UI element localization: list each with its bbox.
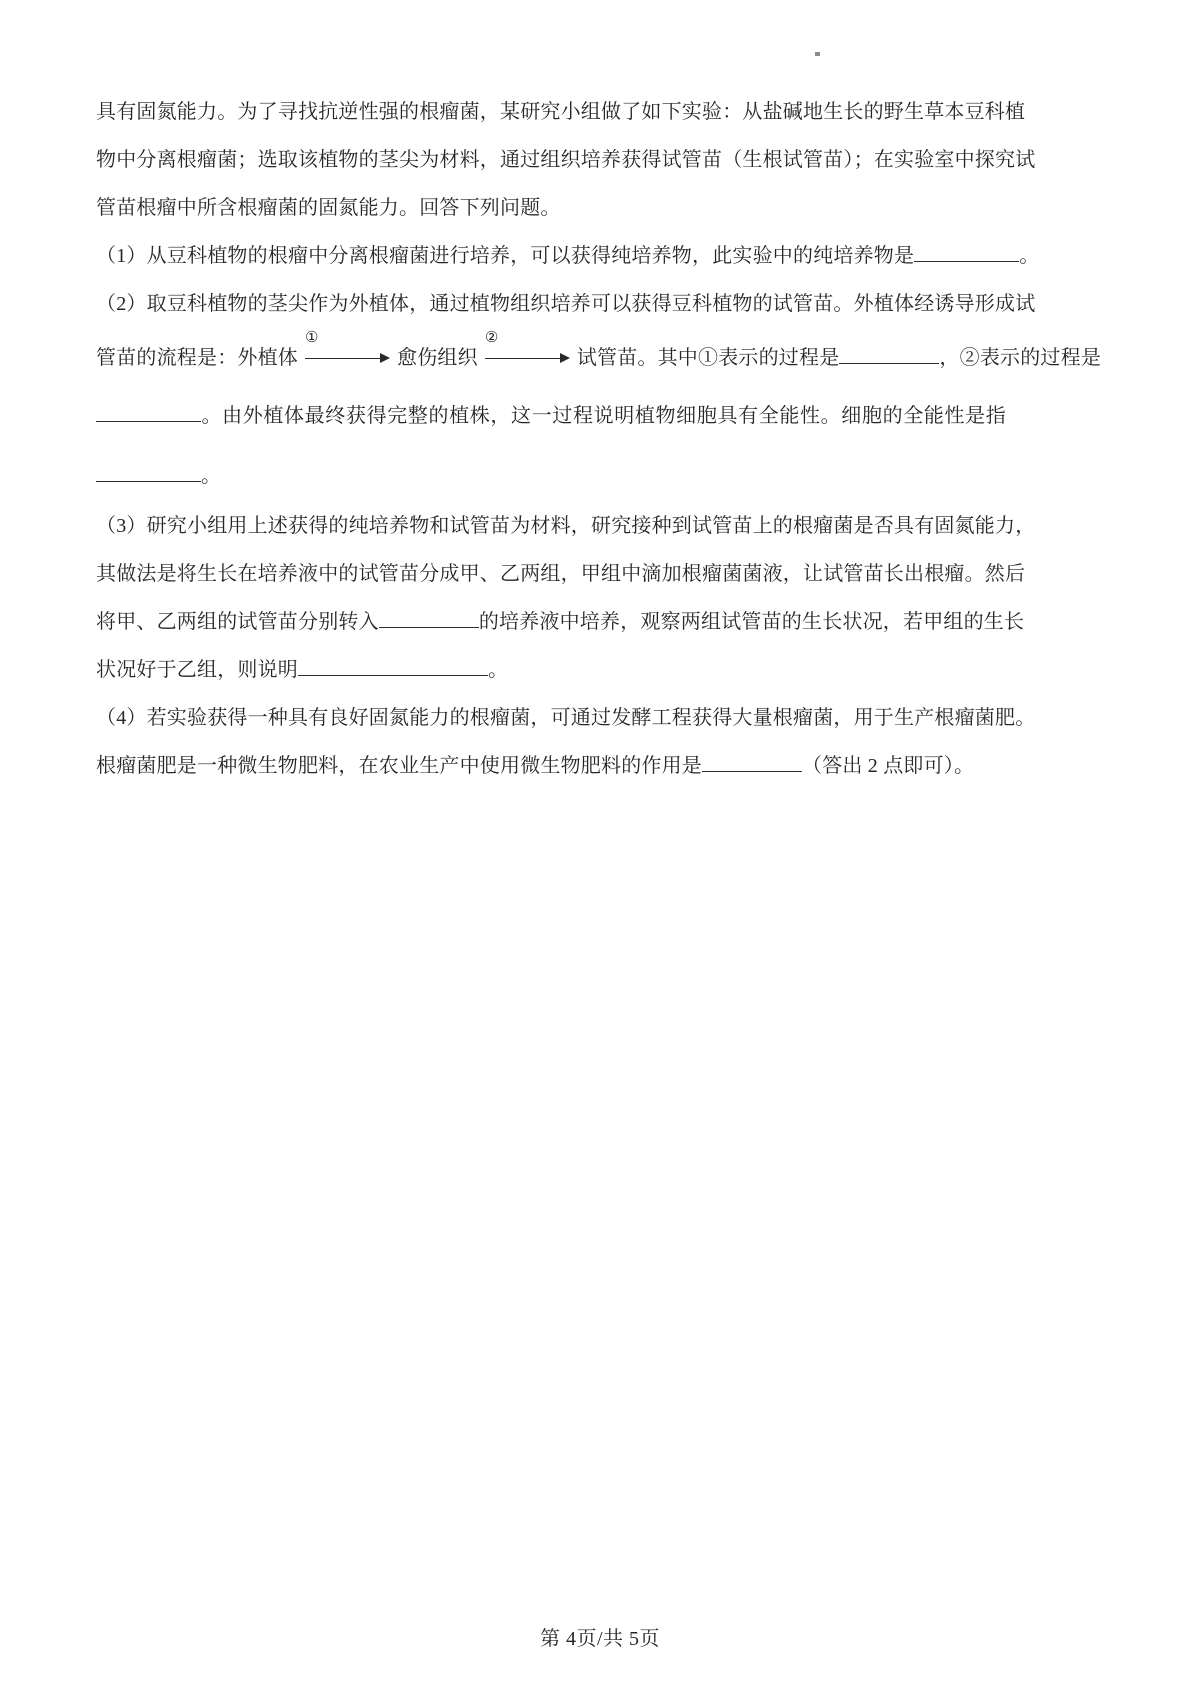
text-line: 将甲、乙两组的试管苗分别转入的培养液中培养，观察两组试管苗的生长状况，若甲组的生… (96, 598, 1006, 646)
text-line: 。 (96, 452, 1006, 500)
answer-blank (96, 401, 201, 422)
text-run: （1）从豆科植物的根瘤中分离根瘤菌进行培养，可以获得纯培养物，此实验中的纯培养物… (96, 245, 914, 267)
flow-arrow-icon: ② (485, 344, 570, 368)
text-run: 其做法是将生长在培养液中的试管苗分成甲、乙两组，甲组中滴加根瘤菌菌液，让试管苗长… (96, 563, 1025, 585)
exam-page: 具有固氮能力。为了寻找抗逆性强的根瘤菌，某研究小组做了如下实验：从盐碱地生长的野… (0, 0, 1200, 1698)
text-run: 愈伤组织 (397, 347, 478, 369)
text-run: （4）若实验获得一种具有良好固氮能力的根瘤菌，可通过发酵工程获得大量根瘤菌，用于… (96, 707, 1035, 729)
text-run: 管苗的流程是：外植体 (96, 347, 298, 369)
answer-blank (702, 751, 802, 772)
text-line: 管苗根瘤中所含根瘤菌的固氮能力。回答下列问题。 (96, 184, 1006, 232)
text-run: 。 (488, 659, 508, 681)
text-line: 管苗的流程是：外植体①愈伤组织②试管苗。其中①表示的过程是，②表示的过程是 (96, 334, 1006, 382)
text-line: （1）从豆科植物的根瘤中分离根瘤菌进行培养，可以获得纯培养物，此实验中的纯培养物… (96, 232, 1006, 280)
answer-blank (914, 241, 1019, 262)
text-run: 管苗根瘤中所含根瘤菌的固氮能力。回答下列问题。 (96, 197, 561, 219)
text-line: （3）研究小组用上述获得的纯培养物和试管苗为材料，研究接种到试管苗上的根瘤菌是否… (96, 502, 1006, 550)
text-line: 其做法是将生长在培养液中的试管苗分成甲、乙两组，甲组中滴加根瘤菌菌液，让试管苗长… (96, 550, 1006, 598)
text-run: ，②表示的过程是 (939, 347, 1101, 369)
text-run: （答出 2 点即可）。 (802, 755, 974, 777)
flow-arrow-label: ① (305, 331, 390, 346)
text-run: （3）研究小组用上述获得的纯培养物和试管苗为材料，研究接种到试管苗上的根瘤菌是否… (96, 515, 1035, 537)
text-line: （4）若实验获得一种具有良好固氮能力的根瘤菌，可通过发酵工程获得大量根瘤菌，用于… (96, 694, 1006, 742)
text-line: 根瘤菌肥是一种微生物肥料，在农业生产中使用微生物肥料的作用是（答出 2 点即可）… (96, 742, 1006, 790)
flow-arrow-label: ② (485, 331, 570, 346)
answer-blank (379, 607, 479, 628)
text-run: 。 (1019, 245, 1039, 267)
text-run: 具有固氮能力。为了寻找抗逆性强的根瘤菌，某研究小组做了如下实验：从盐碱地生长的野… (96, 101, 1025, 123)
answer-blank (298, 655, 488, 676)
text-run: （2）取豆科植物的茎尖作为外植体，通过植物组织培养可以获得豆科植物的试管苗。外植… (96, 293, 1035, 315)
text-line: 状况好于乙组，则说明。 (96, 646, 1006, 694)
flow-arrow-icon: ① (305, 344, 390, 368)
text-run: 根瘤菌肥是一种微生物肥料，在农业生产中使用微生物肥料的作用是 (96, 755, 702, 777)
text-line: 具有固氮能力。为了寻找抗逆性强的根瘤菌，某研究小组做了如下实验：从盐碱地生长的野… (96, 88, 1006, 136)
text-run: 试管苗。其中①表示的过程是 (577, 347, 840, 369)
text-run: 。 (201, 465, 221, 487)
scan-artifact (815, 52, 820, 56)
text-line: 。由外植体最终获得完整的植株，这一过程说明植物细胞具有全能性。细胞的全能性是指 (96, 392, 1006, 440)
text-run: 。由外植体最终获得完整的植株，这一过程说明植物细胞具有全能性。细胞的全能性是指 (201, 405, 1006, 427)
text-run: 将甲、乙两组的试管苗分别转入 (96, 611, 379, 633)
text-run: 状况好于乙组，则说明 (96, 659, 298, 681)
answer-blank (839, 343, 939, 364)
text-line: 物中分离根瘤菌；选取该植物的茎尖为材料，通过组织培养获得试管苗（生根试管苗）；在… (96, 136, 1006, 184)
page-footer: 第 4页/共 5页 (0, 1622, 1200, 1651)
text-run: 物中分离根瘤菌；选取该植物的茎尖为材料，通过组织培养获得试管苗（生根试管苗）；在… (96, 149, 1035, 171)
answer-blank (96, 461, 201, 482)
document-lines: 具有固氮能力。为了寻找抗逆性强的根瘤菌，某研究小组做了如下实验：从盐碱地生长的野… (96, 88, 1006, 790)
text-line: （2）取豆科植物的茎尖作为外植体，通过植物组织培养可以获得豆科植物的试管苗。外植… (96, 280, 1006, 328)
text-run: 的培养液中培养，观察两组试管苗的生长状况，若甲组的生长 (479, 611, 1024, 633)
